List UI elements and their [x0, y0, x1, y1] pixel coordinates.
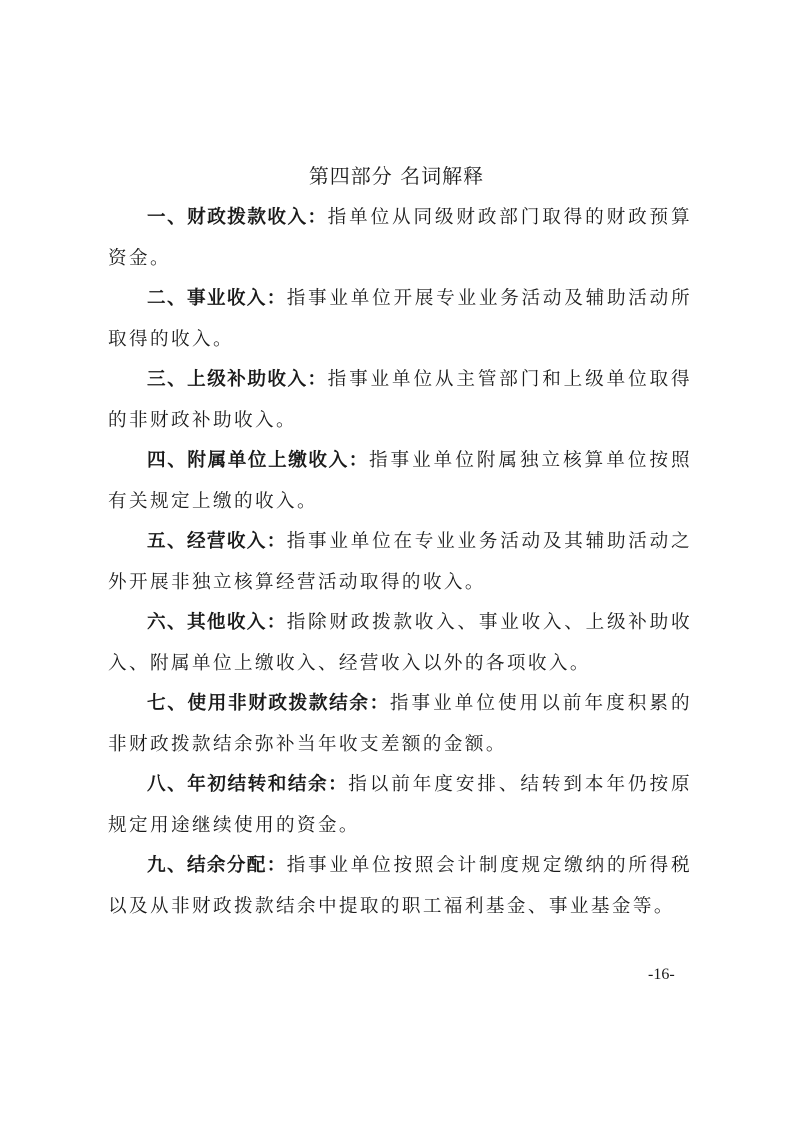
definition-item: 五、经营收入：指事业单位在专业业务活动及其辅助活动之外开展非独立核算经营活动取得…: [108, 522, 692, 603]
definition-item: 四、附属单位上缴收入：指事业单位附属独立核算单位按照有关规定上缴的收入。: [108, 441, 692, 522]
definition-item: 六、其他收入：指除财政拨款收入、事业收入、上级补助收入、附属单位上缴收入、经营收…: [108, 603, 692, 684]
definition-item: 一、财政拨款收入：指单位从同级财政部门取得的财政预算资金。: [108, 198, 692, 279]
definition-term: 五、经营收入：: [147, 531, 287, 552]
definition-term: 七、使用非财政拨款结余：: [147, 693, 390, 714]
page-number: -16-: [648, 966, 675, 984]
definition-term: 一、财政拨款收入：: [147, 207, 328, 228]
definition-item: 二、事业收入：指事业单位开展专业业务活动及辅助活动所取得的收入。: [108, 279, 692, 360]
definition-term: 四、附属单位上缴收入：: [147, 450, 369, 471]
definitions-list: 一、财政拨款收入：指单位从同级财政部门取得的财政预算资金。 二、事业收入：指事业…: [108, 198, 692, 927]
definition-term: 六、其他收入：: [147, 612, 287, 633]
definition-term: 九、结余分配：: [147, 855, 287, 876]
definition-term: 八、年初结转和结余：: [147, 774, 348, 795]
definition-item: 九、结余分配：指事业单位按照会计制度规定缴纳的所得税以及从非财政拨款结余中提取的…: [108, 846, 692, 927]
definition-item: 七、使用非财政拨款结余：指事业单位使用以前年度积累的非财政拨款结余弥补当年收支差…: [108, 684, 692, 765]
definition-item: 八、年初结转和结余：指以前年度安排、结转到本年仍按原规定用途继续使用的资金。: [108, 765, 692, 846]
definition-term: 三、上级补助收入：: [147, 369, 328, 390]
definition-term: 二、事业收入：: [147, 288, 287, 309]
definition-item: 三、上级补助收入：指事业单位从主管部门和上级单位取得的非财政补助收入。: [108, 360, 692, 441]
page-title: 第四部分 名词解释: [0, 160, 793, 189]
